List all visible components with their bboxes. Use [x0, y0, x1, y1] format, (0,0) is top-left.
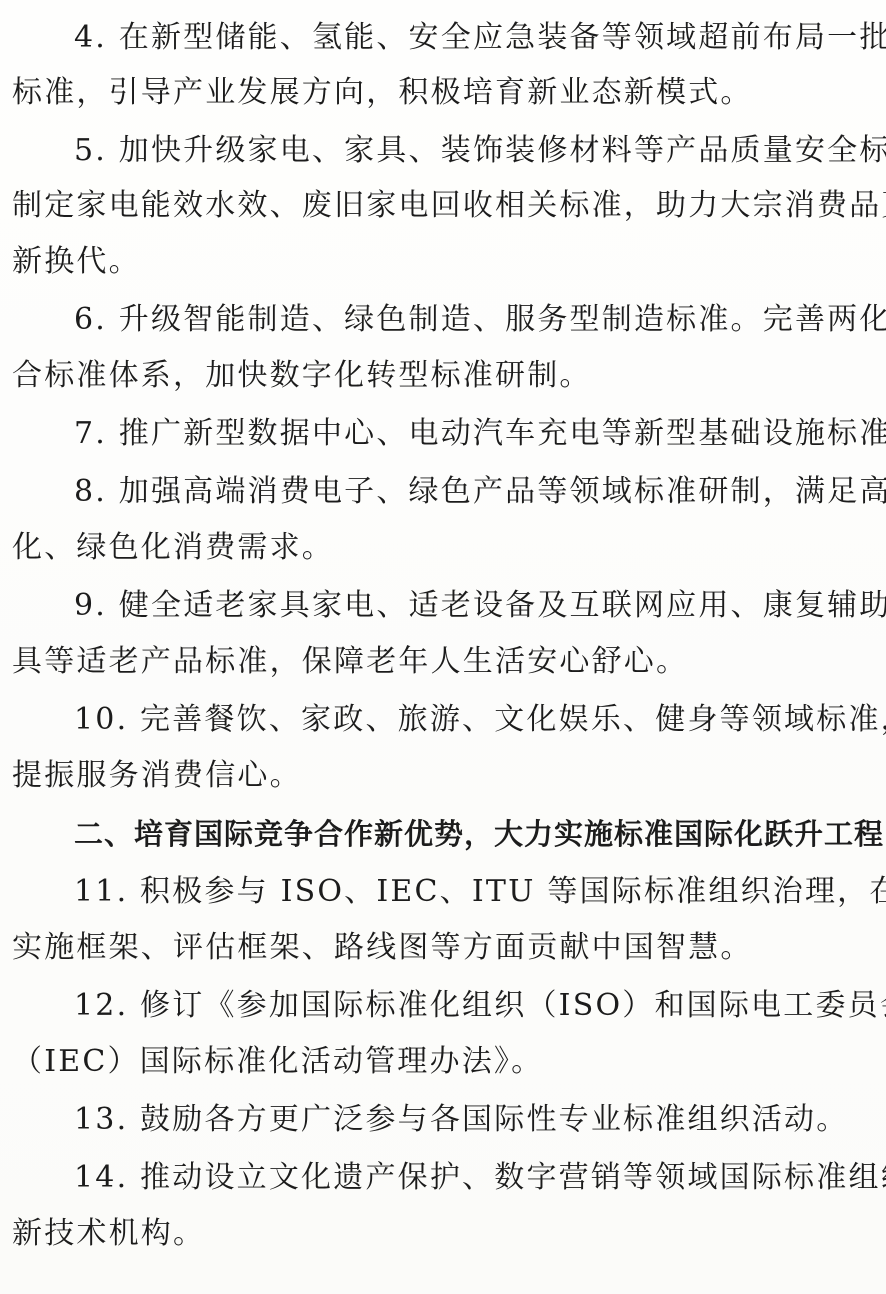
item-11-line-2: 实施框架、评估框架、路线图等方面贡献中国智慧。	[0, 928, 886, 968]
item-9-line-1: 9. 健全适老家具家电、适老设备及互联网应用、康复辅助器	[0, 586, 886, 626]
item-8-line-1: 8. 加强高端消费电子、绿色产品等领域标准研制，满足高端	[0, 472, 886, 512]
section-heading: 二、培育国际竞争合作新优势，大力实施标准国际化跃升工程	[0, 814, 886, 854]
item-6-line-2: 合标准体系，加快数字化转型标准研制。	[0, 356, 886, 396]
document-page: 4. 在新型储能、氢能、安全应急装备等领域超前布局一批新 标准，引导产业发展方向…	[0, 0, 886, 1294]
item-4-line-2: 标准，引导产业发展方向，积极培育新业态新模式。	[0, 73, 886, 113]
item-10-line-2: 提振服务消费信心。	[0, 756, 886, 796]
item-5-line-1: 5. 加快升级家电、家具、装饰装修材料等产品质量安全标准，	[0, 131, 886, 171]
item-9-line-2: 具等适老产品标准，保障老年人生活安心舒心。	[0, 642, 886, 682]
item-7-line-1: 7. 推广新型数据中心、电动汽车充电等新型基础设施标准。	[0, 414, 886, 454]
item-6-line-1: 6. 升级智能制造、绿色制造、服务型制造标准。完善两化融	[0, 300, 886, 340]
item-10-line-1: 10. 完善餐饮、家政、旅游、文化娱乐、健身等领域标准，	[0, 700, 886, 740]
item-13-line-1: 13. 鼓励各方更广泛参与各国际性专业标准组织活动。	[0, 1100, 886, 1140]
item-12-line-2: （IEC）国际标准化活动管理办法》。	[0, 1042, 886, 1082]
item-4-line-1: 4. 在新型储能、氢能、安全应急装备等领域超前布局一批新	[0, 18, 886, 58]
item-5-line-2: 制定家电能效水效、废旧家电回收相关标准，助力大宗消费品更	[0, 186, 886, 226]
item-5-line-3: 新换代。	[0, 242, 886, 282]
item-11-line-1: 11. 积极参与 ISO、IEC、ITU 等国际标准组织治理，在战略	[0, 872, 886, 912]
item-12-line-1: 12. 修订《参加国际标准化组织（ISO）和国际电工委员会	[0, 986, 886, 1026]
item-8-line-2: 化、绿色化消费需求。	[0, 528, 886, 568]
item-14-line-2: 新技术机构。	[0, 1214, 886, 1254]
item-14-line-1: 14. 推动设立文化遗产保护、数字营销等领域国际标准组织	[0, 1158, 886, 1198]
